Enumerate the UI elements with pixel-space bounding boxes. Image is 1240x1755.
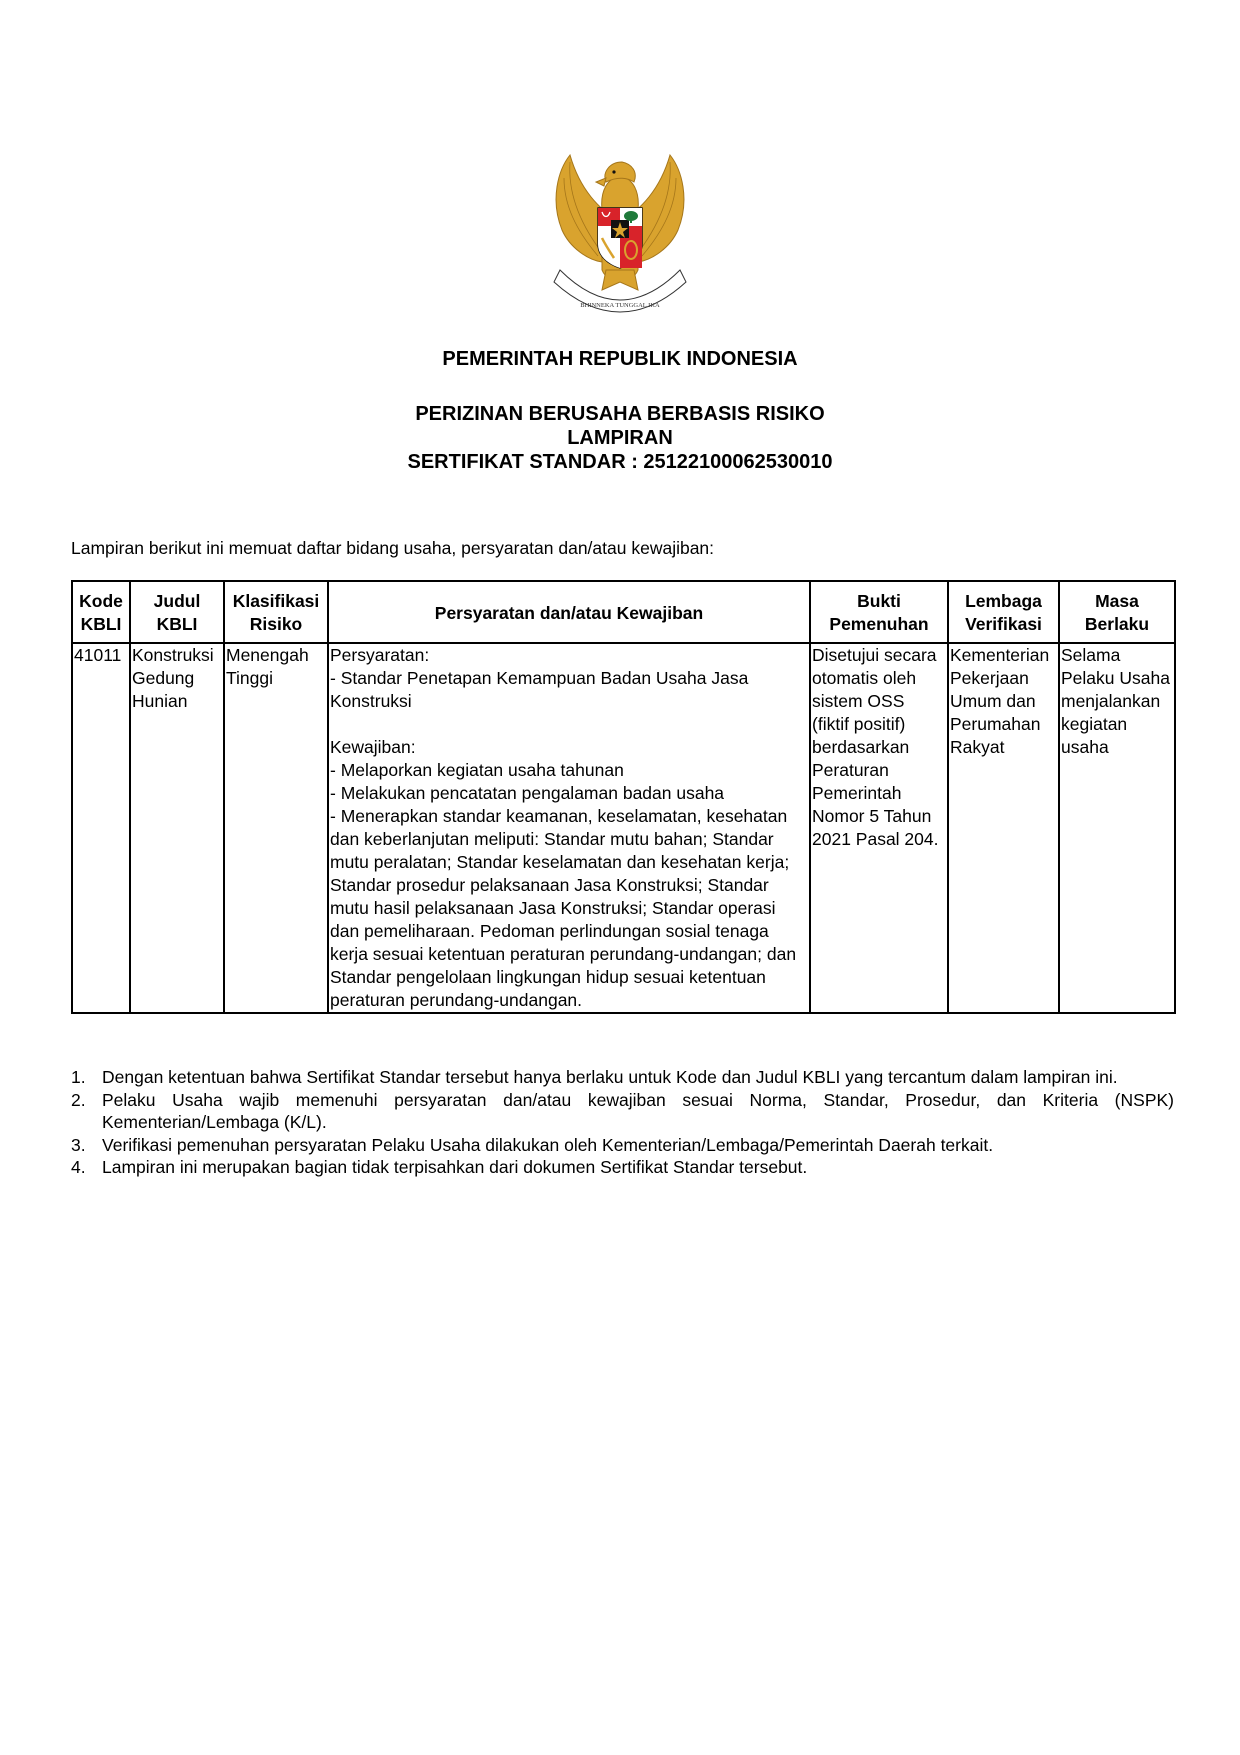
business-field-table: Kode KBLI Judul KBLI Klasifikasi Risiko … [71,580,1176,1014]
cell-kode-kbli: 41011 [72,643,130,1013]
note-item: 3. Verifikasi pemenuhan persyaratan Pela… [71,1134,1174,1157]
note-text: Dengan ketentuan bahwa Sertifikat Standa… [102,1067,1118,1087]
cell-bukti-pemenuhan: Disetujui secara otomatis oleh sistem OS… [810,643,948,1013]
note-item: 1. Dengan ketentuan bahwa Sertifikat Sta… [71,1066,1174,1089]
svg-text:BHINNEKA TUNGGAL IKA: BHINNEKA TUNGGAL IKA [580,302,660,309]
note-number: 2. [71,1089,86,1112]
table-header-row: Kode KBLI Judul KBLI Klasifikasi Risiko … [72,581,1175,643]
garuda-pancasila-emblem: BHINNEKA TUNGGAL IKA [540,150,700,320]
col-header-kode-kbli: Kode KBLI [72,581,130,643]
notes-list: 1. Dengan ketentuan bahwa Sertifikat Sta… [71,1066,1174,1179]
government-title: PEMERINTAH REPUBLIK INDONESIA [0,347,1240,371]
permit-type-title: PERIZINAN BERUSAHA BERBASIS RISIKO [0,402,1240,426]
appendix-title: LAMPIRAN [0,426,1240,450]
col-header-persyaratan-kewajiban: Persyaratan dan/atau Kewajiban [328,581,810,643]
table-row: 41011 Konstruksi Gedung Hunian Menengah … [72,643,1175,1013]
col-header-judul-kbli: Judul KBLI [130,581,224,643]
garuda-emblem-icon: BHINNEKA TUNGGAL IKA [540,150,700,320]
certificate-number: SERTIFIKAT STANDAR : 25122100062530010 [0,450,1240,474]
note-text: Lampiran ini merupakan bagian tidak terp… [102,1157,807,1177]
cell-lembaga-verifikasi: Kementerian Pekerjaan Umum dan Perumahan… [948,643,1059,1013]
cell-judul-kbli: Konstruksi Gedung Hunian [130,643,224,1013]
cell-masa-berlaku: Selama Pelaku Usaha menjalankan kegiatan… [1059,643,1175,1013]
note-number: 1. [71,1066,86,1089]
note-item: 2. Pelaku Usaha wajib memenuhi persyarat… [71,1089,1174,1134]
note-number: 3. [71,1134,86,1157]
col-header-lembaga-verifikasi: Lembaga Verifikasi [948,581,1059,643]
note-text: Pelaku Usaha wajib memenuhi persyaratan … [102,1090,1174,1133]
intro-text: Lampiran berikut ini memuat daftar bidan… [71,537,714,559]
col-header-klasifikasi-risiko: Klasifikasi Risiko [224,581,328,643]
cell-persyaratan-kewajiban: Persyaratan: - Standar Penetapan Kemampu… [328,643,810,1013]
cell-klasifikasi-risiko: Menengah Tinggi [224,643,328,1013]
note-item: 4. Lampiran ini merupakan bagian tidak t… [71,1156,1174,1179]
col-header-masa-berlaku: Masa Berlaku [1059,581,1175,643]
note-text: Verifikasi pemenuhan persyaratan Pelaku … [102,1135,993,1155]
note-number: 4. [71,1156,86,1179]
col-header-bukti-pemenuhan: Bukti Pemenuhan [810,581,948,643]
document-title-block: PERIZINAN BERUSAHA BERBASIS RISIKO LAMPI… [0,402,1240,474]
